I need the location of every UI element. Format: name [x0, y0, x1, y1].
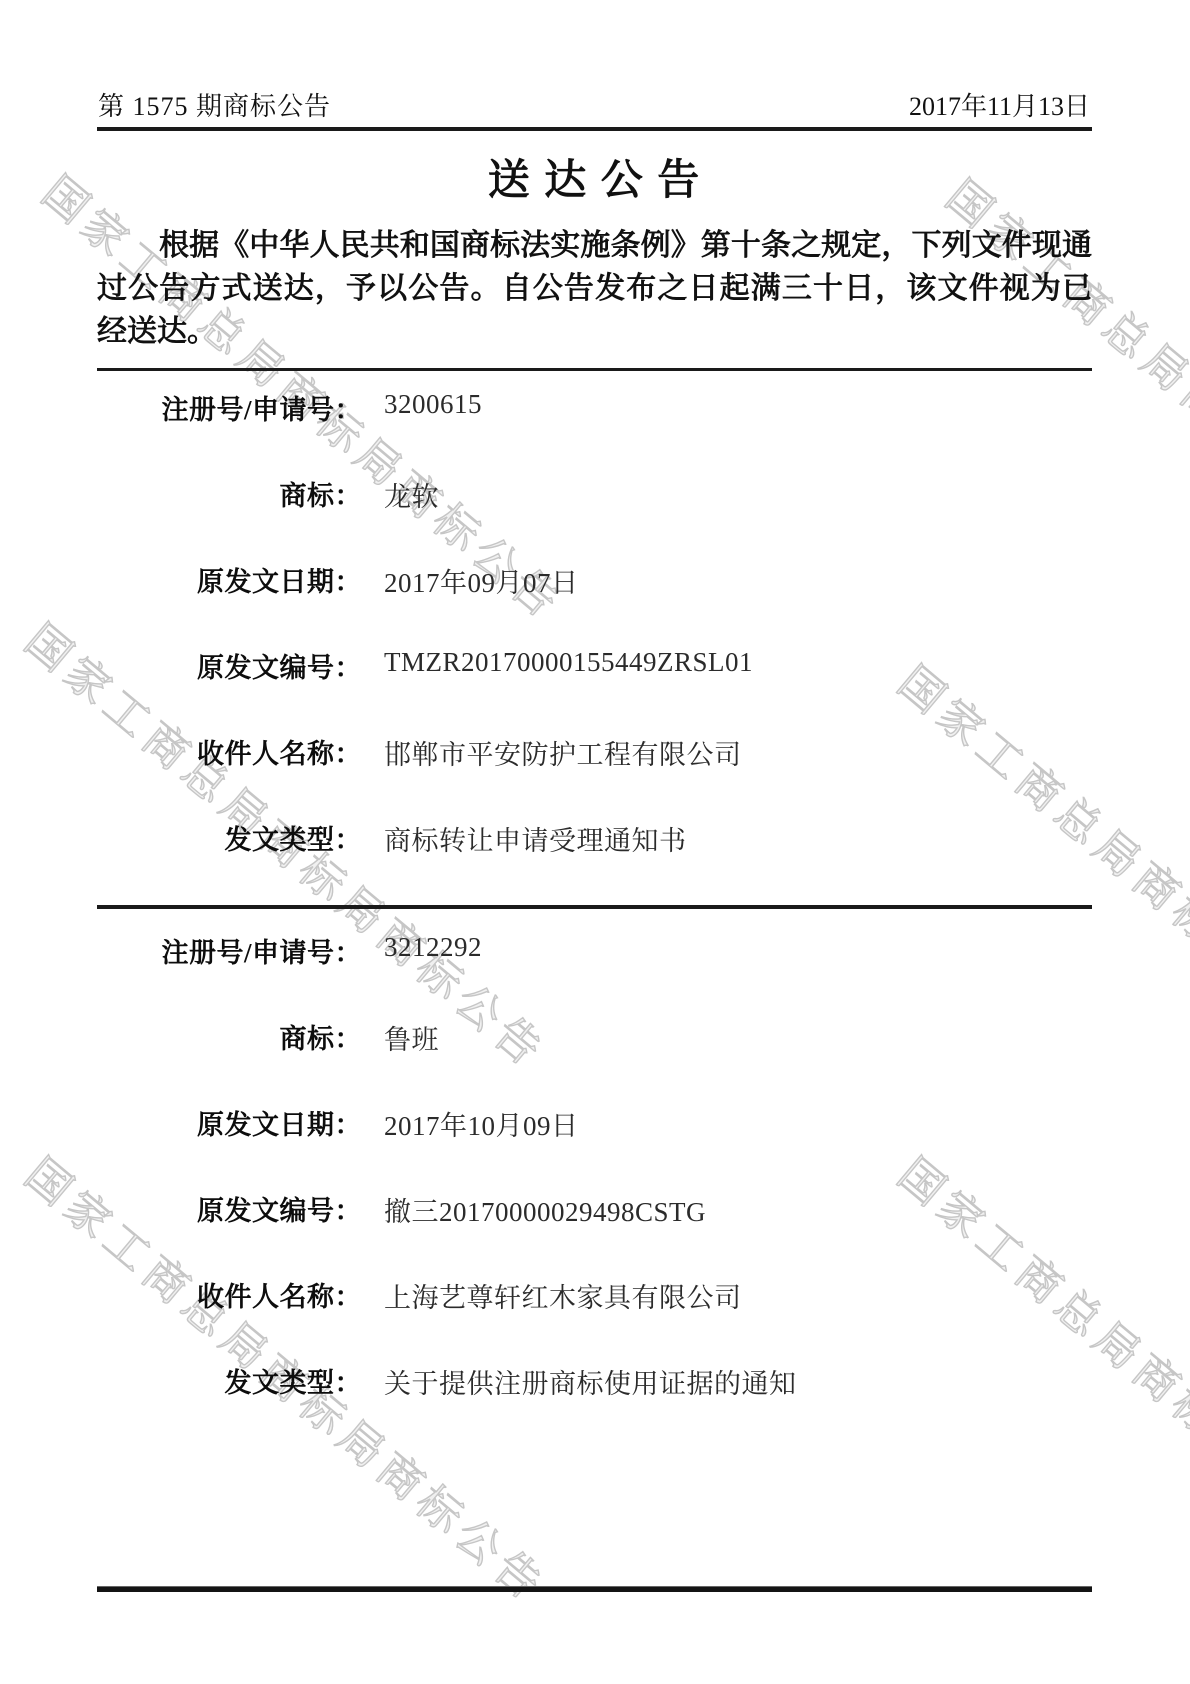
field-label: 注册号/申请号： — [97, 931, 362, 970]
field-label: 注册号/申请号： — [97, 388, 362, 427]
field-value: 龙软 — [384, 475, 439, 514]
record-row-original-issue-date: 原发文日期： 2017年10月09日 — [97, 1103, 1092, 1135]
intro-line: 过公告方式送达，予以公告。自公告发布之日起满三十日，该文件视为已 — [97, 267, 1092, 310]
record-row-original-document-number: 原发文编号： TMZR20170000155449ZRSL01 — [97, 646, 1092, 678]
field-label: 原发文日期： — [97, 1103, 362, 1142]
page-title: 送 达 公 告 — [97, 147, 1092, 207]
field-value: 上海艺尊轩红木家具有限公司 — [384, 1276, 742, 1315]
field-label: 商标： — [97, 1017, 362, 1056]
record-row-trademark: 商标： 鲁班 — [97, 1017, 1092, 1049]
header-rule — [97, 127, 1092, 131]
field-value: 3200615 — [384, 389, 482, 420]
record-row-original-document-number: 原发文编号： 撤三20170000029498CSTG — [97, 1189, 1092, 1221]
field-value: 撤三20170000029498CSTG — [384, 1190, 706, 1229]
field-label: 原发文编号： — [97, 1189, 362, 1228]
gazette-page: 国家工商总局商标局商标公告 国家工商总局商标局商标公告 国家工商总局商标局商标公… — [0, 0, 1190, 1684]
section-rule — [97, 368, 1092, 371]
page-bottom-rule — [97, 1586, 1092, 1592]
field-label: 商标： — [97, 474, 362, 513]
record-row-trademark: 商标： 龙软 — [97, 474, 1092, 506]
field-value: 鲁班 — [384, 1018, 439, 1057]
record-row-registration-number: 注册号/申请号： 3212292 — [97, 931, 1092, 963]
gazette-date: 2017年11月13日 — [909, 86, 1090, 123]
record-row-recipient-name: 收件人名称： 邯郸市平安防护工程有限公司 — [97, 732, 1092, 764]
record-row-document-type: 发文类型： 商标转让申请受理通知书 — [97, 818, 1092, 850]
field-label: 原发文日期： — [97, 560, 362, 599]
gazette-issue-number: 第 1575 期商标公告 — [98, 86, 331, 123]
field-label: 收件人名称： — [97, 1275, 362, 1314]
intro-line: 经送达。 — [97, 310, 1092, 353]
field-value: 2017年09月07日 — [384, 561, 579, 600]
field-value: 商标转让申请受理通知书 — [384, 819, 687, 858]
field-label: 原发文编号： — [97, 646, 362, 685]
record-row-document-type: 发文类型： 关于提供注册商标使用证据的通知 — [97, 1361, 1092, 1393]
field-label: 发文类型： — [97, 1361, 362, 1400]
field-label: 发文类型： — [97, 818, 362, 857]
record-row-original-issue-date: 原发文日期： 2017年09月07日 — [97, 560, 1092, 592]
field-value: 关于提供注册商标使用证据的通知 — [384, 1362, 797, 1401]
intro-paragraph: 根据《中华人民共和国商标法实施条例》第十条之规定，下列文件现通 过公告方式送达，… — [97, 224, 1092, 353]
field-value: TMZR20170000155449ZRSL01 — [384, 647, 753, 678]
field-value: 邯郸市平安防护工程有限公司 — [384, 733, 742, 772]
intro-line: 根据《中华人民共和国商标法实施条例》第十条之规定，下列文件现通 — [97, 224, 1092, 267]
record-row-recipient-name: 收件人名称： 上海艺尊轩红木家具有限公司 — [97, 1275, 1092, 1307]
field-value: 2017年10月09日 — [384, 1104, 579, 1143]
watermark-text: 国家工商总局商标局商标公告 — [887, 648, 1190, 1123]
record-row-registration-number: 注册号/申请号： 3200615 — [97, 388, 1092, 420]
record-separator-rule — [97, 905, 1092, 909]
field-label: 收件人名称： — [97, 732, 362, 771]
field-value: 3212292 — [384, 932, 482, 963]
